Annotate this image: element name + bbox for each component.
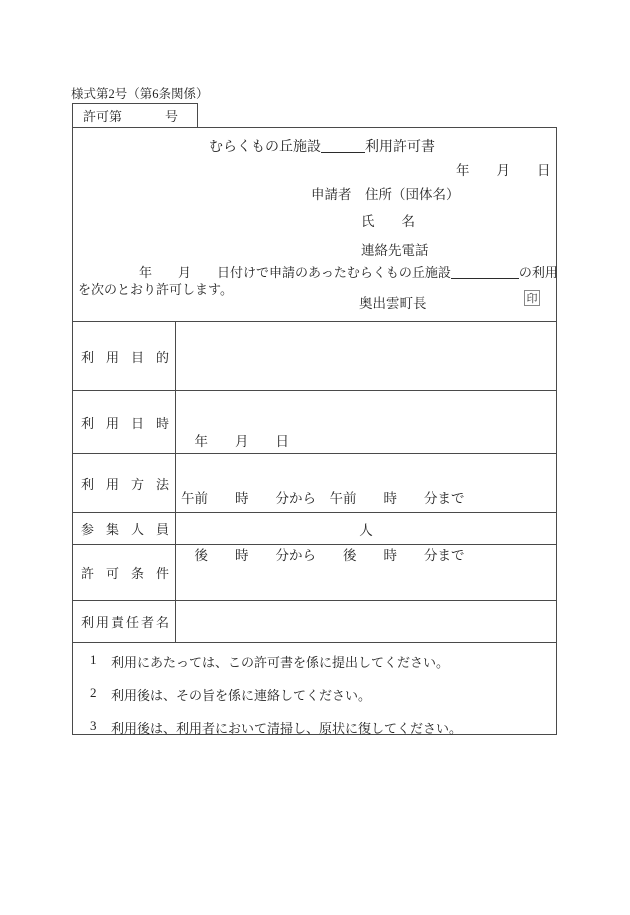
- issue-date-line: 年 月 日: [456, 159, 551, 179]
- table-row-conditions: 許可条件: [73, 544, 556, 600]
- row-label-text: 利用日時: [81, 413, 181, 432]
- table-row-purpose: 利用目的: [73, 321, 556, 390]
- applicant-address-label: 申請者 住所（団体名）: [311, 183, 460, 203]
- row-label-text: 利用方法: [81, 474, 181, 493]
- datetime-value-cell: 年 月 日 午前 時 分から 午前 時 分まで 後 時 分から 後 時 分まで: [176, 391, 556, 453]
- note-item-2: 2 利用後は、その旨を係に連絡してください。: [90, 685, 556, 704]
- permit-number-prefix: 許可第: [83, 106, 122, 125]
- title-permit-text: 利用許可書: [365, 140, 435, 155]
- method-value-cell: [176, 454, 556, 512]
- note-text: 利用後は、その旨を係に連絡してください。: [111, 685, 371, 704]
- notes-section: 1 利用にあたっては、この許可書を係に提出してください。 2 利用後は、その旨を…: [73, 642, 556, 734]
- row-label-method: 利用方法: [73, 454, 176, 512]
- row-label-text: 利用目的: [81, 347, 181, 366]
- note-item-1: 1 利用にあたっては、この許可書を係に提出してください。: [90, 652, 556, 671]
- contact-phone-label: 連絡先電話: [361, 239, 429, 259]
- seal-mark: 印: [524, 290, 540, 306]
- seal-character: 印: [527, 290, 538, 306]
- permit-statement-line2: を次のとおり許可します。: [78, 279, 233, 298]
- row-label-text: 利用責任者名: [81, 612, 171, 631]
- row-label-conditions: 許可条件: [73, 545, 176, 600]
- datetime-line-date: 年 月 日: [181, 432, 556, 451]
- table-row-datetime: 利用日時 年 月 日 午前 時 分から 午前 時 分まで 後 時 分から 後 時…: [73, 390, 556, 453]
- row-label-datetime: 利用日時: [73, 391, 176, 453]
- row-label-text: 参集人員: [81, 519, 181, 538]
- form-number-label: 様式第2号（第6条関係）: [71, 84, 209, 102]
- note-number: 1: [90, 652, 104, 671]
- permit-number-box: 許可第 号: [72, 103, 198, 128]
- applicant-name-label: 氏 名: [361, 210, 415, 230]
- table-row-manager: 利用責任者名: [73, 600, 556, 642]
- row-label-manager: 利用責任者名: [73, 601, 176, 642]
- facility-name-blank-underline: [321, 139, 365, 153]
- title-facility-text: むらくもの丘施設: [209, 140, 321, 155]
- note-text: 利用後は、利用者において清掃し、原状に復してください。: [111, 718, 462, 737]
- note-item-3: 3 利用後は、利用者において清掃し、原状に復してください。: [90, 718, 556, 737]
- statement-pre-text: 年 月 日付けで申請のあったむらくもの丘施設: [139, 265, 451, 280]
- people-unit: 人: [359, 519, 373, 539]
- mayor-title: 奥出雲町長: [359, 292, 427, 312]
- permit-number-unit: 号: [165, 106, 178, 125]
- document-title: むらくもの丘施設利用許可書: [209, 136, 435, 156]
- manager-value-cell: [176, 601, 556, 642]
- table-row-people: 参集人員 人: [73, 512, 556, 544]
- statement-post-text: の利用: [519, 265, 558, 280]
- note-number: 3: [90, 718, 104, 737]
- people-count-cell: 人: [176, 513, 556, 544]
- row-label-purpose: 利用目的: [73, 322, 176, 390]
- row-label-people: 参集人員: [73, 513, 176, 544]
- permit-header: むらくもの丘施設利用許可書 年 月 日 申請者 住所（団体名） 氏 名 連絡先電…: [73, 128, 556, 321]
- permit-form-body: むらくもの丘施設利用許可書 年 月 日 申請者 住所（団体名） 氏 名 連絡先電…: [72, 127, 557, 735]
- row-label-text: 許可条件: [81, 563, 181, 582]
- note-text: 利用にあたっては、この許可書を係に提出してください。: [111, 652, 449, 671]
- table-row-method: 利用方法: [73, 453, 556, 512]
- facility-detail-blank-underline: [451, 265, 519, 279]
- permit-document-page: 様式第2号（第6条関係） 許可第 号 むらくもの丘施設利用許可書 年 月 日 申…: [0, 0, 630, 915]
- note-number: 2: [90, 685, 104, 704]
- conditions-value-cell: [176, 545, 556, 600]
- purpose-value-cell: [176, 322, 556, 390]
